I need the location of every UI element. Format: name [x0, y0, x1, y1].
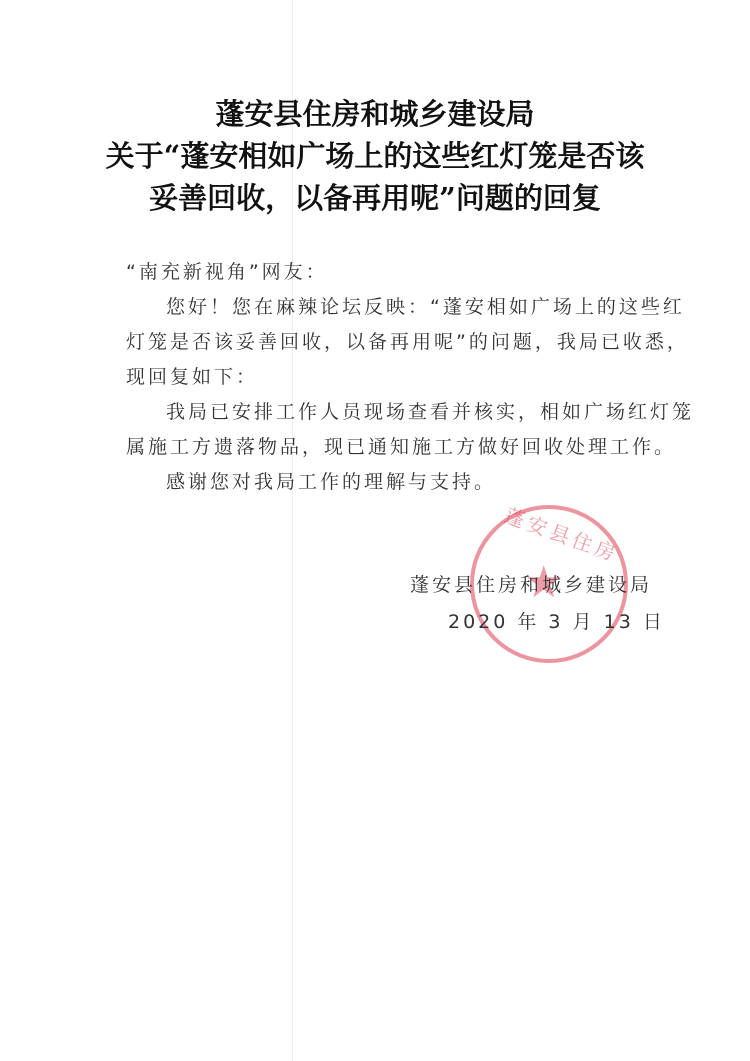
document-title-line-1: 蓬安县住房和城乡建设局: [0, 92, 750, 133]
document-title-line-2: 关于“蓬安相如广场上的这些红灯笼是否该: [0, 134, 750, 175]
paragraph-line-2: 灯笼是否该妥善回收，以备再用呢”的问题，我局已收悉，: [126, 327, 689, 354]
paragraph-line-4: 我局已安排工作人员现场查看并核实，相如广场红灯笼: [166, 397, 694, 424]
signature-date: 2020 年 3 月 13 日: [448, 607, 665, 634]
signature-org: 蓬安县住房和城乡建设局: [410, 570, 652, 597]
paragraph-line-6: 感谢您对我局工作的理解与支持。: [166, 467, 496, 494]
salutation: “南充新视角”网友：: [126, 257, 328, 284]
paragraph-line-5: 属施工方遗落物品，现已通知施工方做好回收处理工作。: [126, 432, 676, 459]
paragraph-line-1: 您好！您在麻辣论坛反映：“蓬安相如广场上的这些红: [166, 292, 685, 319]
document-title-line-3: 妥善回收，以备再用呢”问题的回复: [0, 176, 750, 217]
paragraph-line-3: 现回复如下：: [126, 362, 258, 389]
